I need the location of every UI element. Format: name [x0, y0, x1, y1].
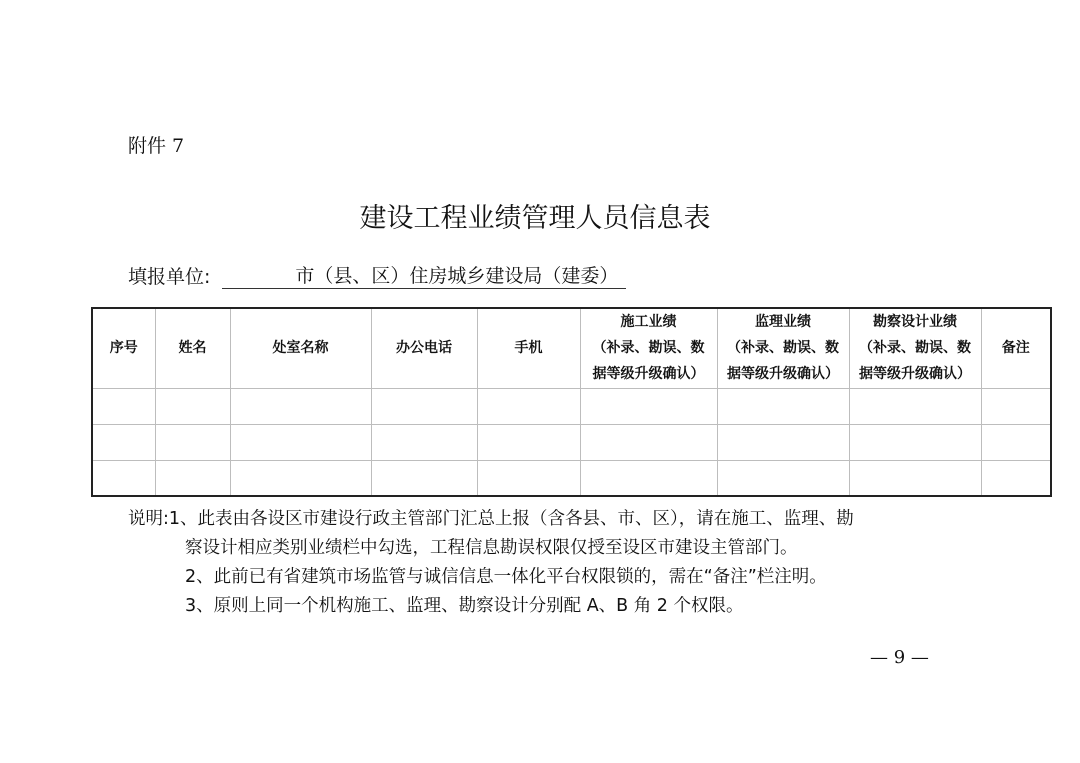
- header-line: 监理业绩: [718, 309, 849, 335]
- table-cell[interactable]: [580, 424, 717, 460]
- header-index: 序号: [92, 308, 155, 388]
- notes-section: 说明:1、此表由各设区市建设行政主管部门汇总上报（含各县、市、区），请在施工、监…: [128, 505, 854, 621]
- header-line: 据等级升级确认）: [850, 361, 981, 387]
- table-cell[interactable]: [371, 460, 477, 496]
- table-cell[interactable]: [477, 388, 580, 424]
- header-mobile: 手机: [477, 308, 580, 388]
- table-cell[interactable]: [477, 424, 580, 460]
- table-cell[interactable]: [155, 388, 230, 424]
- table-cell[interactable]: [981, 460, 1051, 496]
- note-line-1: 说明:1、此表由各设区市建设行政主管部门汇总上报（含各县、市、区），请在施工、监…: [128, 505, 854, 534]
- page-number: — 9 —: [870, 647, 929, 668]
- table-cell[interactable]: [849, 388, 981, 424]
- fill-unit-field[interactable]: 市（县、区）住房城乡建设局（建委）: [222, 261, 626, 289]
- table-cell[interactable]: [371, 388, 477, 424]
- table-cell[interactable]: [477, 460, 580, 496]
- table-cell[interactable]: [230, 388, 371, 424]
- header-department: 处室名称: [230, 308, 371, 388]
- header-line: （补录、勘误、数: [850, 335, 981, 361]
- header-line: （补录、勘误、数: [581, 335, 717, 361]
- header-line: 施工业绩: [581, 309, 717, 335]
- header-name: 姓名: [155, 308, 230, 388]
- header-survey-design-performance: 勘察设计业绩 （补录、勘误、数 据等级升级确认）: [849, 308, 981, 388]
- header-line: （补录、勘误、数: [718, 335, 849, 361]
- page-title: 建设工程业绩管理人员信息表: [0, 196, 1080, 235]
- table-cell[interactable]: [717, 388, 849, 424]
- table-cell[interactable]: [849, 424, 981, 460]
- table-cell[interactable]: [371, 424, 477, 460]
- table-cell[interactable]: [717, 460, 849, 496]
- table-header-row: 序号 姓名 处室名称 办公电话 手机 施工业绩 （补录、勘误、数 据等级升级确认…: [92, 308, 1051, 388]
- table-row: [92, 424, 1051, 460]
- table-cell[interactable]: [981, 388, 1051, 424]
- header-line: 勘察设计业绩: [850, 309, 981, 335]
- title-text: 建设工程业绩管理人员信息表: [360, 203, 711, 234]
- note-line-1-cont: 察设计相应类别业绩栏中勾选，工程信息勘误权限仅授至设区市建设主管部门。: [128, 534, 854, 563]
- header-line: 据等级升级确认）: [581, 361, 717, 387]
- table-cell[interactable]: [92, 460, 155, 496]
- fill-unit-row: 填报单位: 市（县、区）住房城乡建设局（建委）: [128, 261, 626, 289]
- table-cell[interactable]: [981, 424, 1051, 460]
- header-line: 据等级升级确认）: [718, 361, 849, 387]
- note-line-2: 2、此前已有省建筑市场监管与诚信信息一体化平台权限锁的，需在“备注”栏注明。: [128, 563, 854, 592]
- table-cell[interactable]: [92, 424, 155, 460]
- note-text: 1、此表由各设区市建设行政主管部门汇总上报（含各县、市、区），请在施工、监理、勘: [169, 509, 854, 529]
- table-cell[interactable]: [717, 424, 849, 460]
- table-cell[interactable]: [230, 460, 371, 496]
- notes-label: 说明:: [128, 509, 169, 529]
- fill-unit-label: 填报单位:: [128, 262, 210, 289]
- header-office-phone: 办公电话: [371, 308, 477, 388]
- table-cell[interactable]: [155, 424, 230, 460]
- table-cell[interactable]: [230, 424, 371, 460]
- table-cell[interactable]: [92, 388, 155, 424]
- note-line-3: 3、原则上同一个机构施工、监理、勘察设计分别配 A、B 角 2 个权限。: [128, 592, 854, 621]
- attachment-label: 附件 7: [128, 131, 184, 158]
- table-cell[interactable]: [155, 460, 230, 496]
- table-row: [92, 388, 1051, 424]
- header-supervision-performance: 监理业绩 （补录、勘误、数 据等级升级确认）: [717, 308, 849, 388]
- table-cell[interactable]: [580, 460, 717, 496]
- header-construction-performance: 施工业绩 （补录、勘误、数 据等级升级确认）: [580, 308, 717, 388]
- personnel-info-table: 序号 姓名 处室名称 办公电话 手机 施工业绩 （补录、勘误、数 据等级升级确认…: [91, 307, 1052, 497]
- header-remarks: 备注: [981, 308, 1051, 388]
- table-row: [92, 460, 1051, 496]
- table-cell[interactable]: [580, 388, 717, 424]
- table-cell[interactable]: [849, 460, 981, 496]
